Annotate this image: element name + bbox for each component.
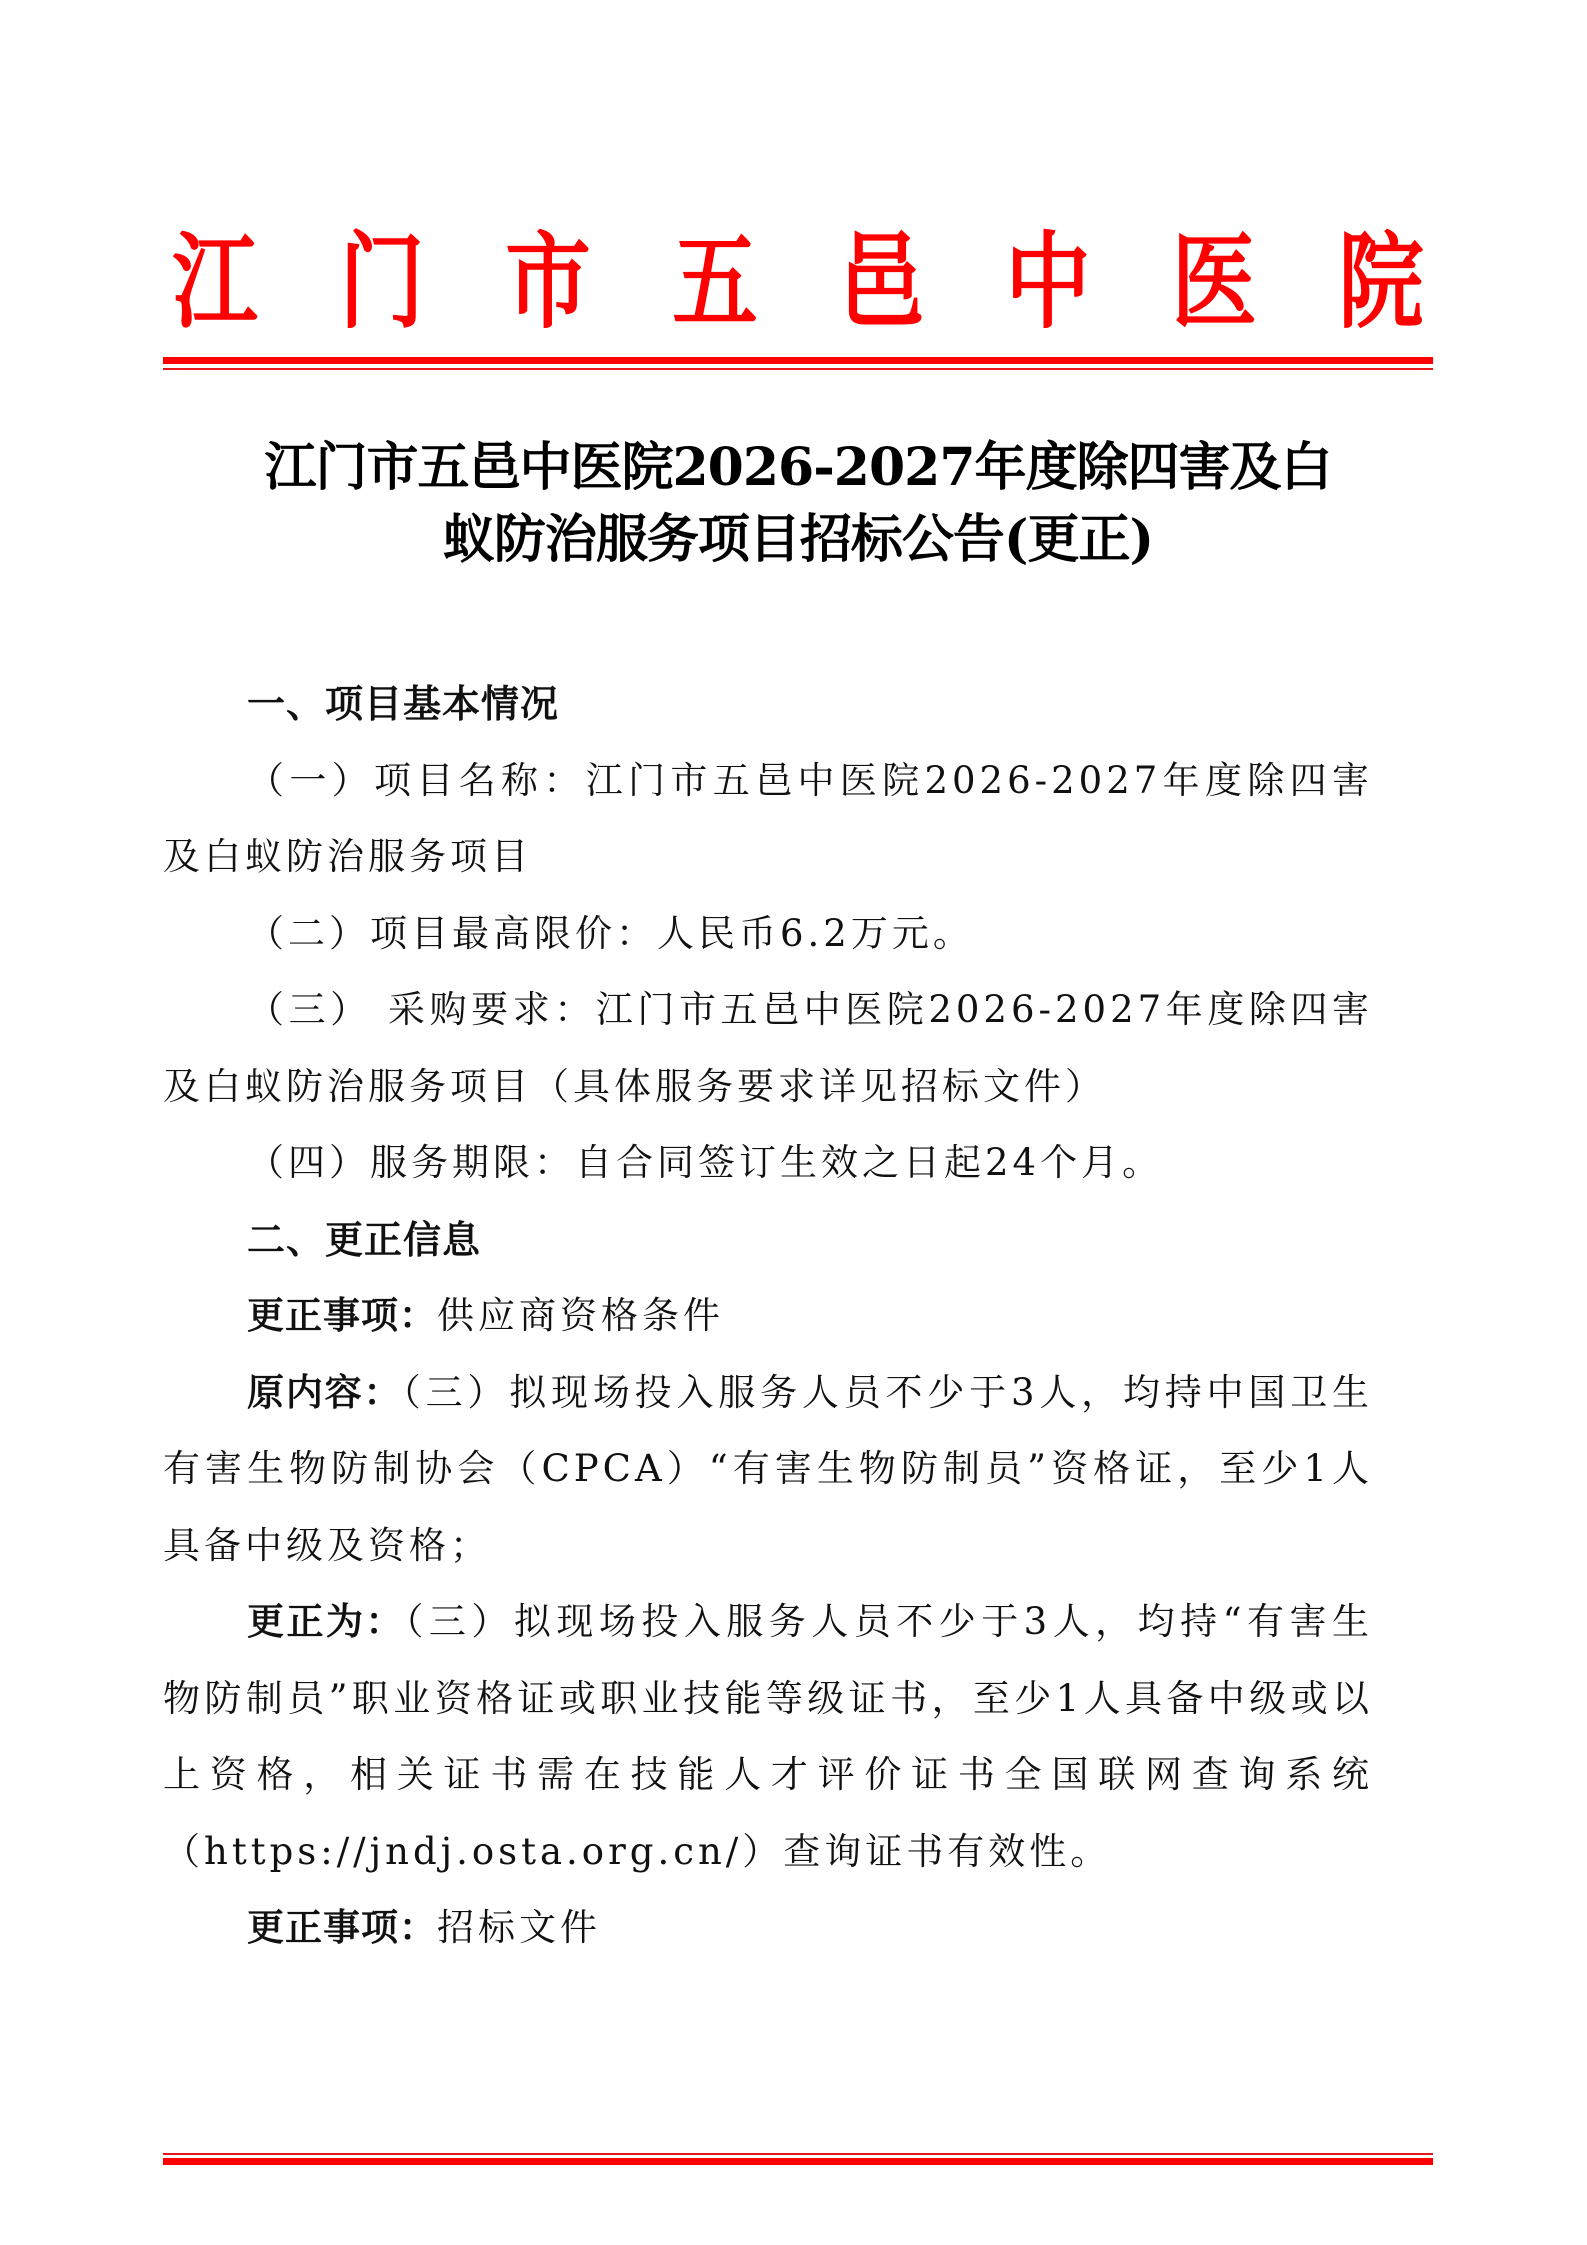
footer-divider-thick	[163, 2158, 1433, 2165]
letterhead-char: 市	[505, 230, 590, 334]
footer-divider-thin	[163, 2153, 1433, 2155]
document-page: 江 门 市 五 邑 中 医 院 江门市五邑中医院2026-2027年度除四害及白…	[0, 0, 1587, 2245]
document-title: 江门市五邑中医院2026-2027年度除四害及白 蚁防治服务项目招标公告(更正)	[163, 432, 1433, 576]
correction-item-label: 更正事项：	[247, 1294, 437, 1337]
item-project-name: （一）项目名称：江门市五邑中医院2026-2027年度除四害及白蚁防治服务项目	[163, 743, 1373, 896]
letterhead-char: 院	[1338, 230, 1423, 334]
section-heading-correction-info: 二、更正信息	[163, 1202, 1373, 1279]
original-content-label: 原内容：	[247, 1371, 402, 1414]
item-max-price: （二）项目最高限价：人民币6.2万元。	[163, 896, 1373, 973]
title-line-2: 蚁防治服务项目招标公告(更正)	[163, 504, 1433, 576]
letterhead-char: 江	[172, 230, 257, 334]
header-divider-thick	[163, 357, 1433, 364]
correction-item-2: 更正事项：招标文件	[163, 1890, 1373, 1967]
letterhead-char: 医	[1172, 230, 1257, 334]
letterhead-char: 中	[1005, 230, 1090, 334]
letterhead-char: 五	[672, 230, 757, 334]
letterhead-char: 门	[339, 230, 424, 334]
correction-item-value: 供应商资格条件	[437, 1294, 724, 1337]
section-heading-basic-info: 一、项目基本情况	[163, 666, 1373, 743]
title-line-1: 江门市五邑中医院2026-2027年度除四害及白	[163, 432, 1433, 504]
correction-item-1: 更正事项：供应商资格条件	[163, 1278, 1373, 1355]
correction-item-label: 更正事项：	[247, 1906, 437, 1949]
correction-item-value: 招标文件	[437, 1906, 601, 1949]
document-body: 一、项目基本情况 （一）项目名称：江门市五邑中医院2026-2027年度除四害及…	[213, 666, 1373, 1967]
letterhead-char: 邑	[839, 230, 924, 334]
original-content: 原内容：（三）拟现场投入服务人员不少于3人，均持中国卫生有害生物防制协会（CPC…	[163, 1355, 1373, 1585]
corrected-content-label: 更正为：	[247, 1600, 405, 1643]
letterhead-org-name: 江 门 市 五 邑 中 医 院	[163, 222, 1433, 342]
item-procurement-requirements: （三） 采购要求：江门市五邑中医院2026-2027年度除四害及白蚁防治服务项目…	[163, 972, 1373, 1125]
header-divider-thin	[163, 368, 1433, 370]
item-service-period: （四）服务期限：自合同签订生效之日起24个月。	[163, 1125, 1373, 1202]
corrected-content: 更正为：（三）拟现场投入服务人员不少于3人，均持“有害生物防制员”职业资格证或职…	[163, 1584, 1373, 1890]
